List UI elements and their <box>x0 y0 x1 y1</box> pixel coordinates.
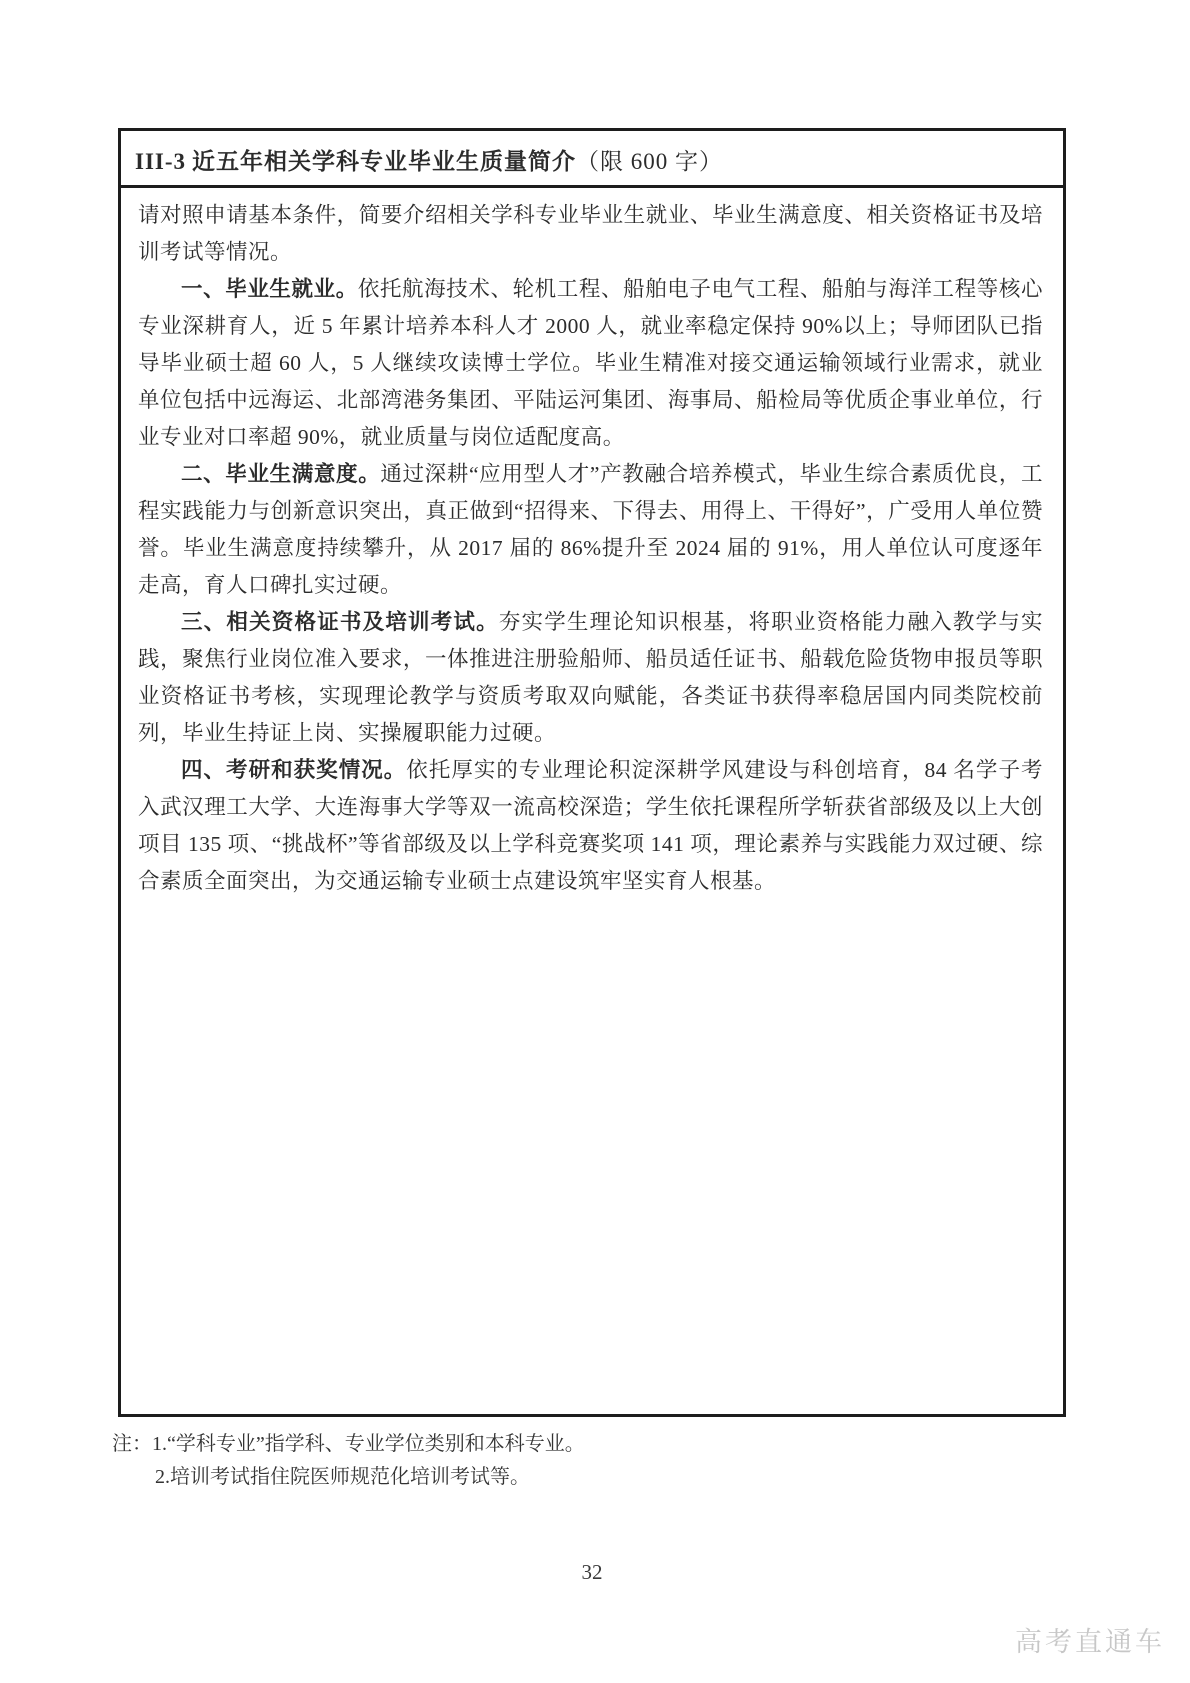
section-body: 请对照申请基本条件，简要介绍相关学科专业毕业生就业、毕业生满意度、相关资格证书及… <box>121 188 1063 900</box>
footnotes: 注：1.“学科专业”指学科、专业学位类别和本科专业。 2.培训考试指住院医师规范… <box>112 1428 585 1494</box>
footnote-item: 1.“学科专业”指学科、专业学位类别和本科专业。 <box>152 1433 585 1455</box>
paragraph-lead: 三、相关资格证书及培训考试。 <box>181 610 499 634</box>
footnote-line: 注：1.“学科专业”指学科、专业学位类别和本科专业。 <box>112 1428 585 1461</box>
body-paragraph-satisfaction: 二、毕业生满意度。通过深耕“应用型人才”产教融合培养模式，毕业生综合素质优良，工… <box>138 456 1043 604</box>
body-paragraph-certificates: 三、相关资格证书及培训考试。夯实学生理论知识根基，将职业资格能力融入教学与实践，… <box>138 604 1043 752</box>
section-code: III-3 <box>135 149 186 174</box>
body-paragraph-awards: 四、考研和获奖情况。依托厚实的专业理论积淀深耕学风建设与科创培育，84 名学子考… <box>138 752 1043 900</box>
footnote-line: 2.培训考试指住院医师规范化培训考试等。 <box>112 1461 585 1494</box>
document-page: III-3近五年相关学科专业毕业生质量简介（限 600 字） 请对照申请基本条件… <box>0 0 1190 1683</box>
footnote-label: 注： <box>112 1433 152 1455</box>
intro-paragraph: 请对照申请基本条件，简要介绍相关学科专业毕业生就业、毕业生满意度、相关资格证书及… <box>138 197 1043 271</box>
page-number: 32 <box>118 1560 1066 1585</box>
paragraph-lead: 一、毕业生就业。 <box>181 277 358 301</box>
body-paragraph-employment: 一、毕业生就业。依托航海技术、轮机工程、船舶电子电气工程、船舶与海洋工程等核心专… <box>138 271 1043 456</box>
section-title-text: 近五年相关学科专业毕业生质量简介 <box>192 149 576 174</box>
section-title-limit: （限 600 字） <box>576 149 723 174</box>
form-section-box: III-3近五年相关学科专业毕业生质量简介（限 600 字） 请对照申请基本条件… <box>118 128 1066 1417</box>
footnote-item: 2.培训考试指住院医师规范化培训考试等。 <box>155 1466 530 1488</box>
paragraph-text: 依托航海技术、轮机工程、船舶电子电气工程、船舶与海洋工程等核心专业深耕育人，近 … <box>138 277 1043 449</box>
section-title: III-3近五年相关学科专业毕业生质量简介（限 600 字） <box>121 131 1063 188</box>
paragraph-lead: 四、考研和获奖情况。 <box>181 758 406 782</box>
paragraph-lead: 二、毕业生满意度。 <box>181 462 380 486</box>
watermark-text: 高考直通车 <box>1015 1620 1165 1659</box>
